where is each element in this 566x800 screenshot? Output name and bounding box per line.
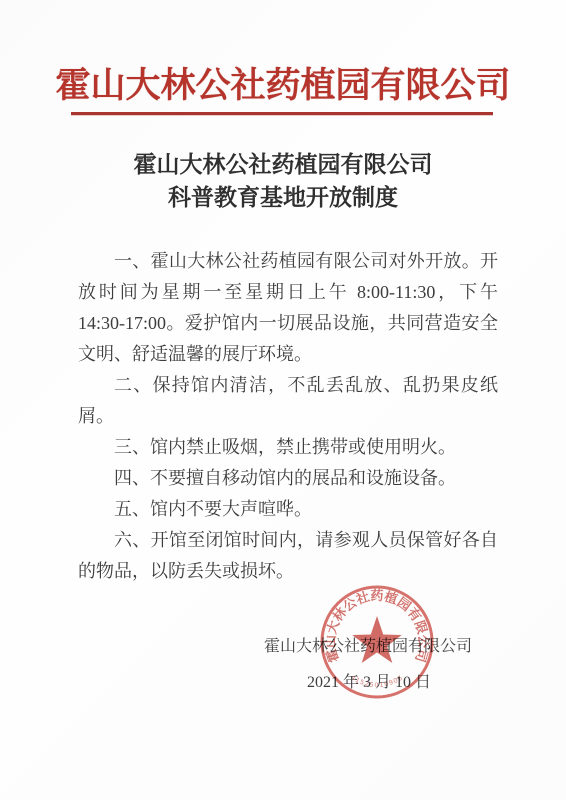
document-title-line2: 科普教育基地开放制度 <box>0 181 566 214</box>
letterhead-divider <box>71 112 493 115</box>
body-paragraph: 一、霍山大林公社药植园有限公司对外开放。开放时间为星期一至星期日上午 8:00-… <box>78 246 498 370</box>
body-paragraph: 二、保持馆内清洁，不乱丢乱放、乱扔果皮纸屑。 <box>78 370 498 432</box>
document-title-line1: 霍山大林公社药植园有限公司 <box>0 148 566 181</box>
signature-date: 2021 年 3 月 10 日 <box>264 669 474 692</box>
body-paragraph: 三、馆内禁止吸烟，禁止携带或使用明火。 <box>78 432 498 463</box>
body-paragraph: 六、开馆至闭馆时间内，请参观人员保管好各自的物品，以防丢失或损坏。 <box>78 525 498 587</box>
document-body: 一、霍山大林公社药植园有限公司对外开放。开放时间为星期一至星期日上午 8:00-… <box>78 246 498 587</box>
document-title: 霍山大林公社药植园有限公司 科普教育基地开放制度 <box>0 148 566 214</box>
signature-company-name: 霍山大林公社药植园有限公司 <box>264 633 474 656</box>
signature-block: 霍山大林公社药植园有限公司 2021 年 3 月 10 日 <box>264 633 474 692</box>
letterhead-company-name: 霍山大林公社药植园有限公司 <box>0 58 566 108</box>
document-page: 霍山大林公社药植园有限公司 霍山大林公社药植园有限公司 科普教育基地开放制度 一… <box>0 0 566 800</box>
body-paragraph: 四、不要擅自移动馆内的展品和设施设备。 <box>78 463 498 494</box>
body-paragraph: 五、馆内不要大声喧哗。 <box>78 494 498 525</box>
